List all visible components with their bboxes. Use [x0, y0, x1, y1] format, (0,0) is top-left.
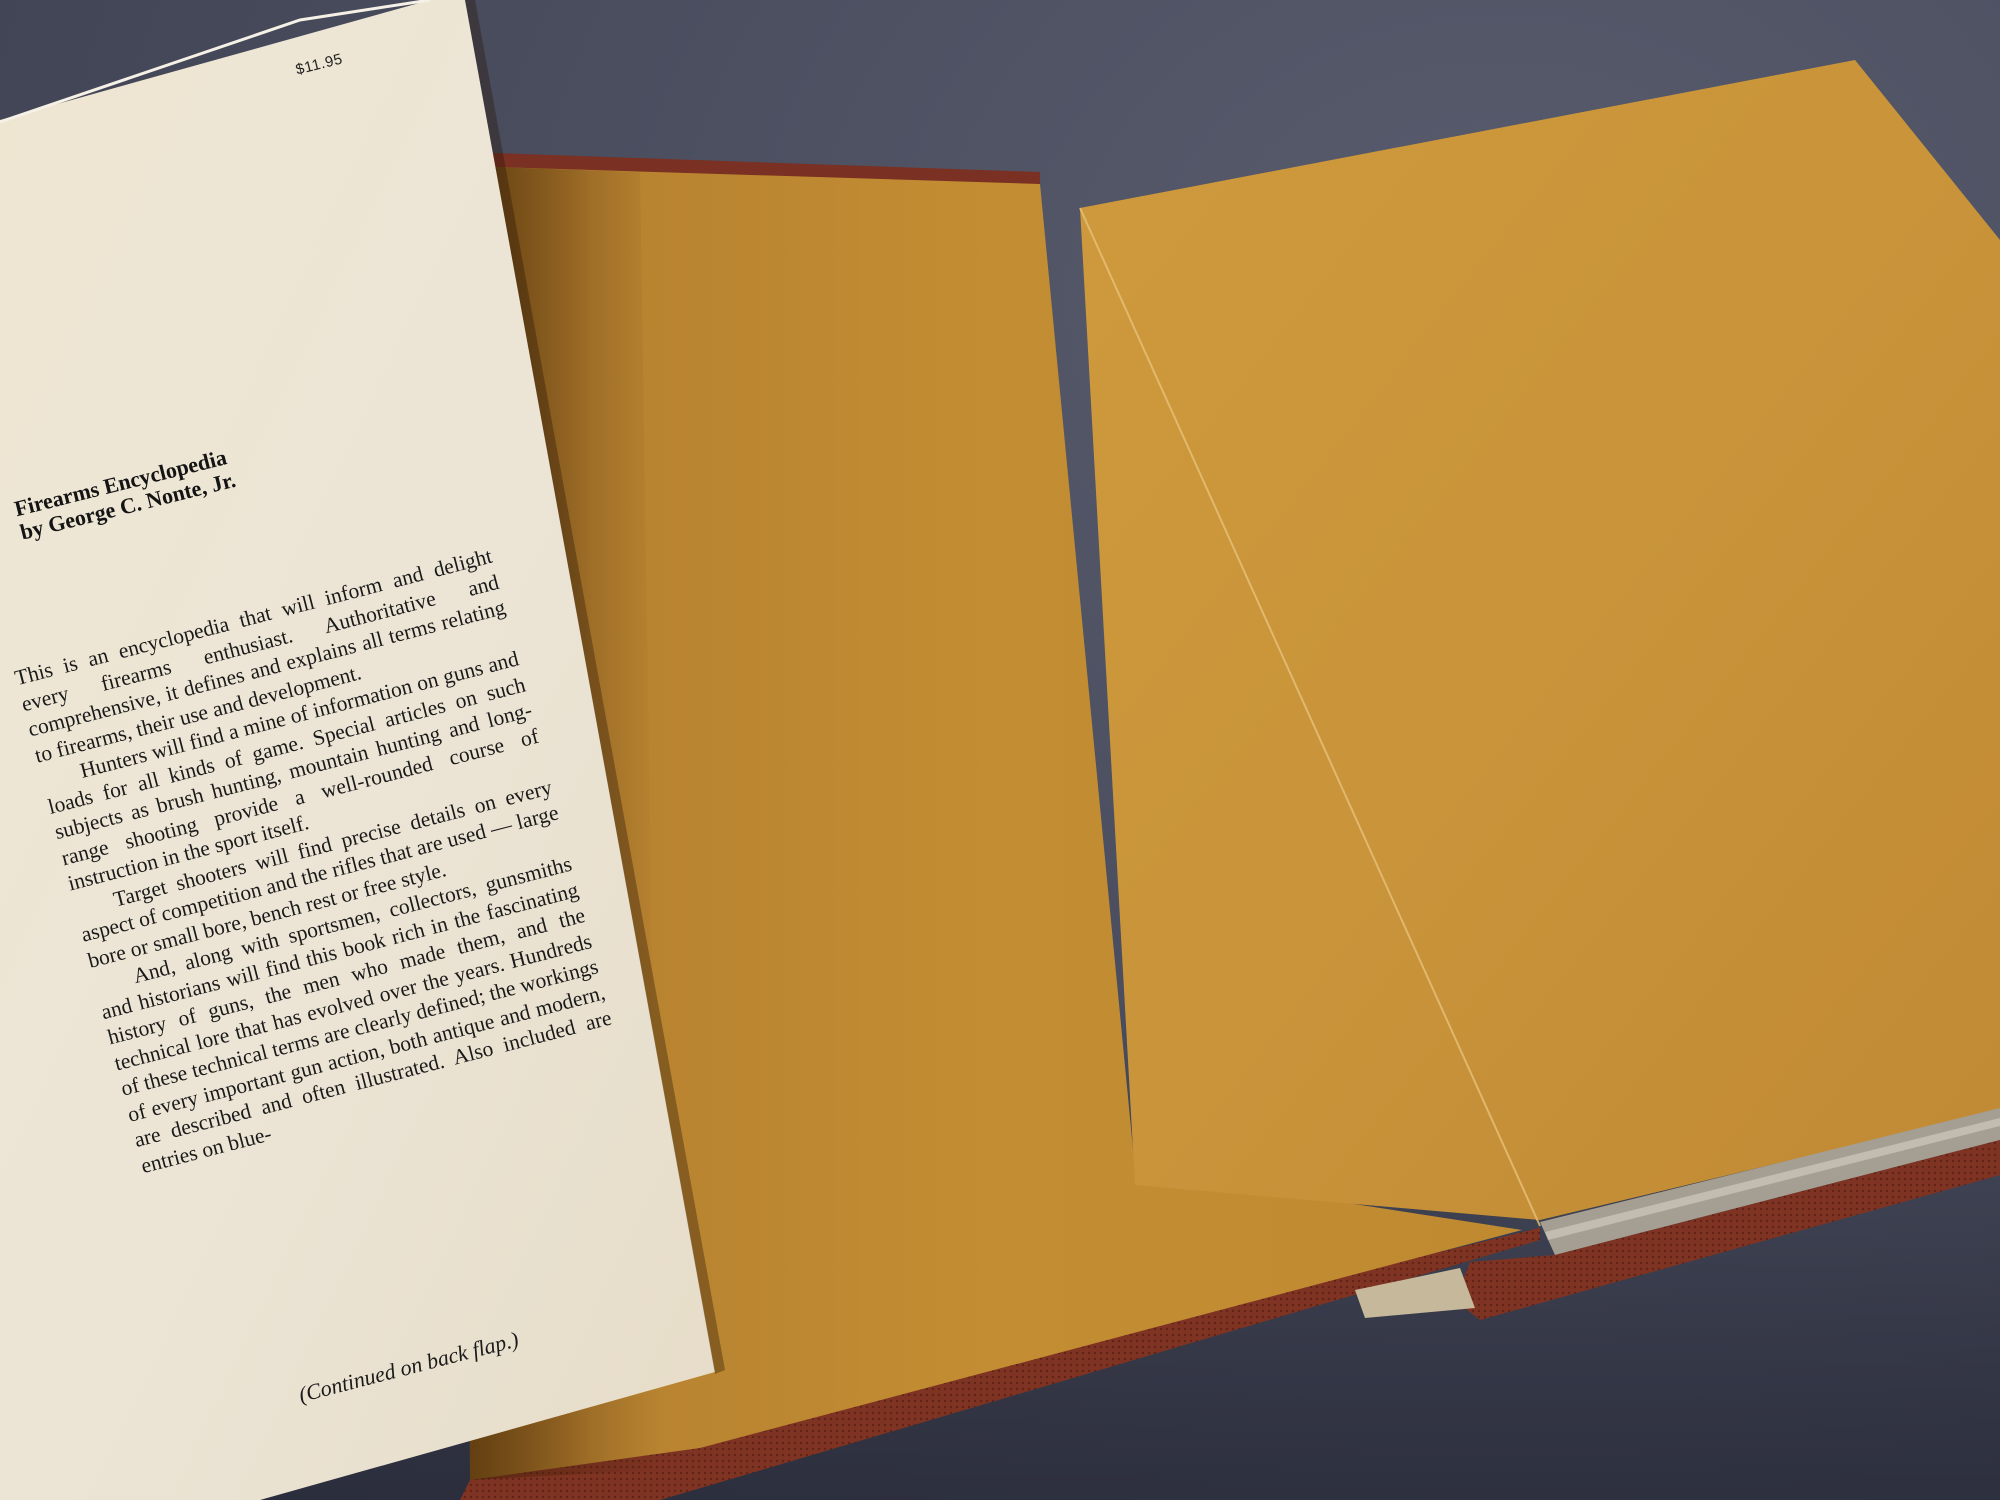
open-book	[0, 0, 2000, 1500]
photo-scene: $11.95 Firearms Encyclopedia by George C…	[0, 0, 2000, 1500]
right-endpaper	[1080, 60, 2000, 1220]
